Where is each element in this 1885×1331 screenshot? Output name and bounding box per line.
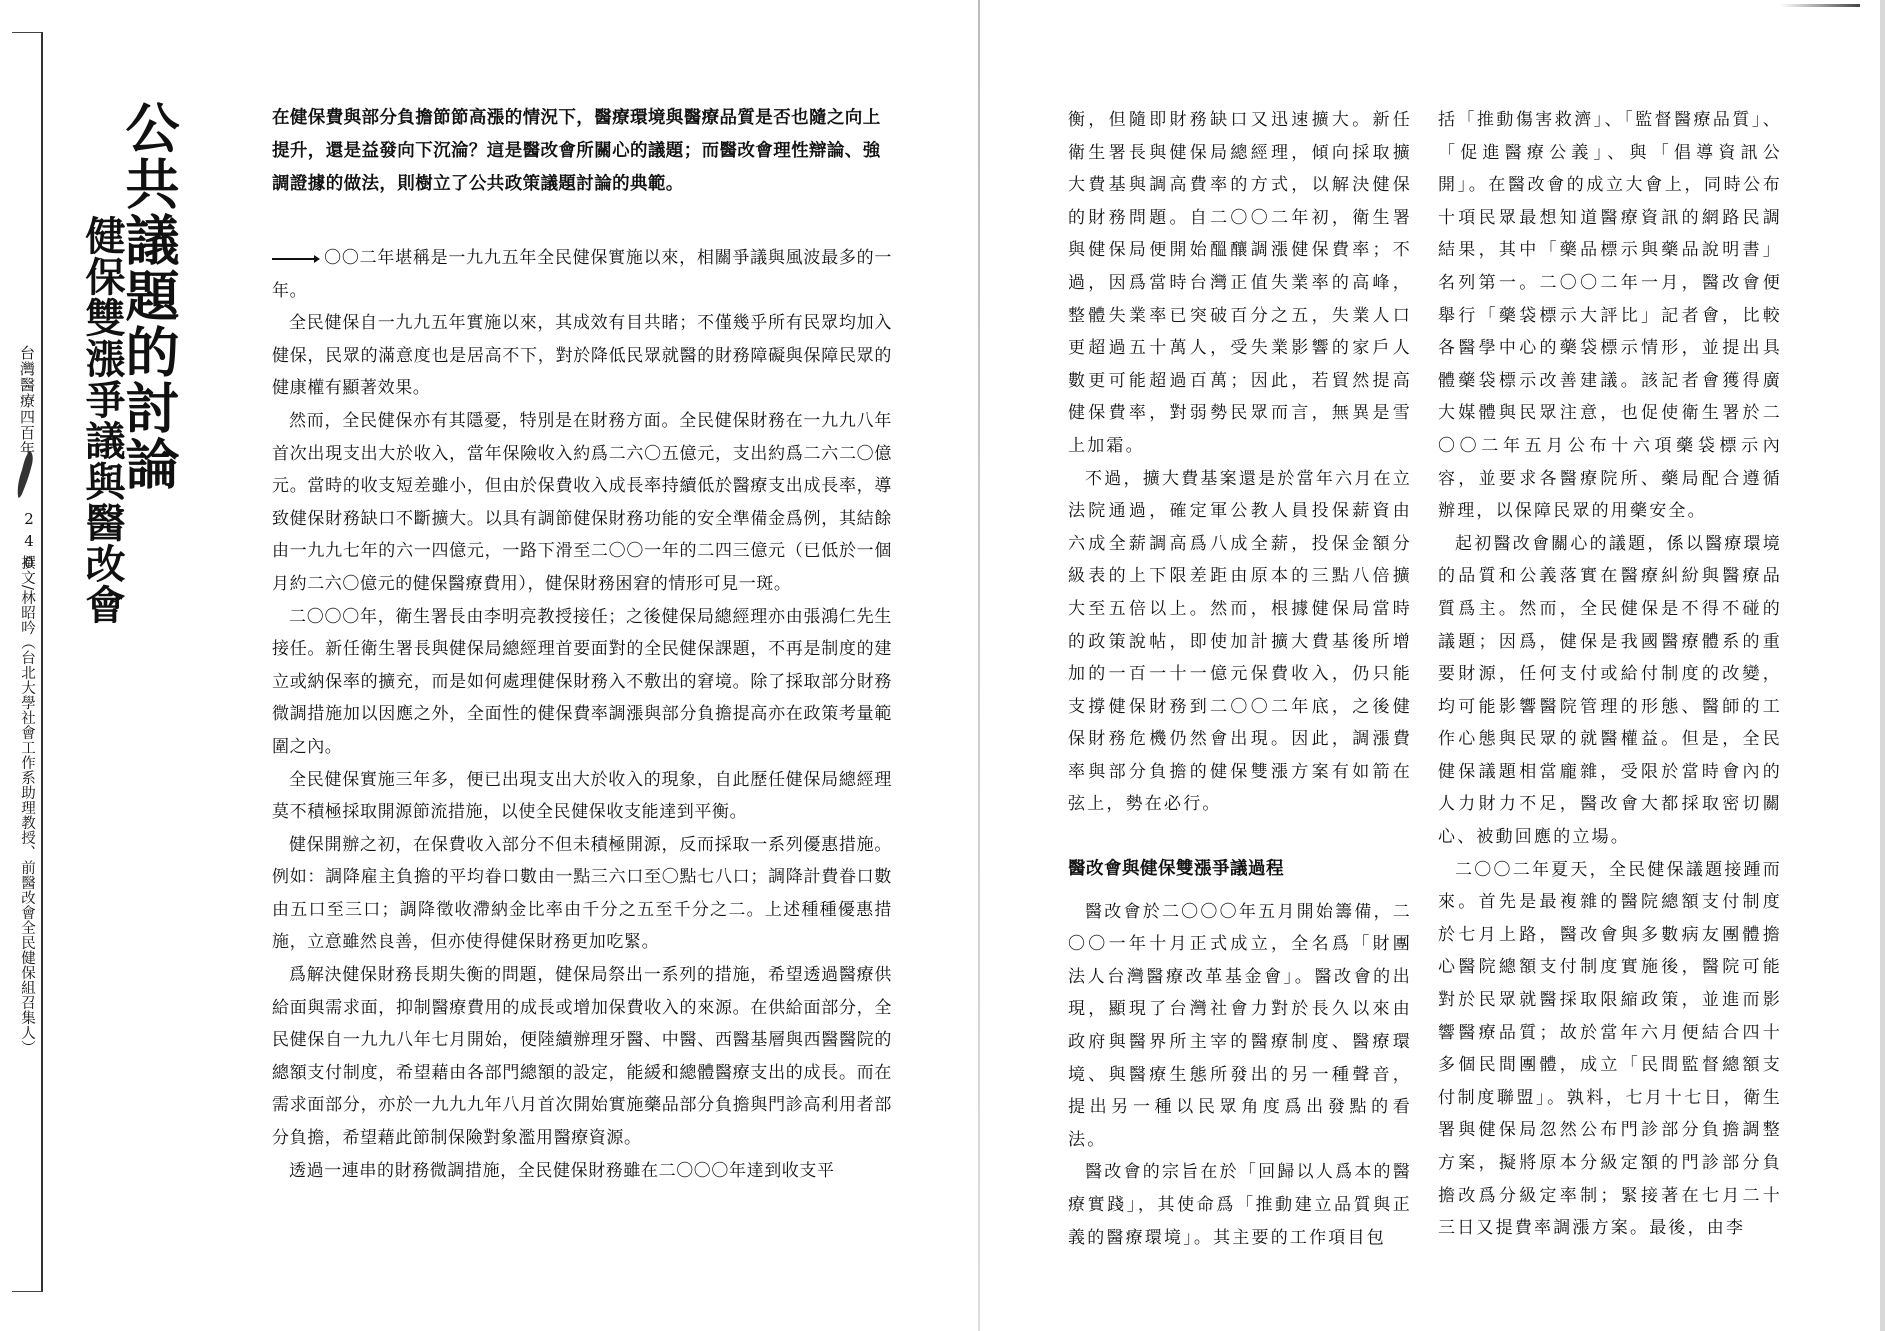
running-head: 台灣醫療四百年 [18,345,36,457]
scan-right-edge [1880,0,1885,1331]
body-paragraph: 起初醫改會關心的議題，係以醫療環境的品質和公義落實在醫療糾紛與醫療品質爲主。然而… [1438,528,1782,854]
right-column-a: 衡，但隨即財務缺口又迅速擴大。新任衛生署長與健保局總經理，傾向採取擴大費基與調高… [1068,104,1412,1254]
dropcap-rule-icon [272,258,318,260]
margin-rule-bottom [12,1291,42,1292]
body-paragraph: 然而，全民健保亦有其隱憂，特別是在財務方面。全民健保財務在一九九八年首次出現支出… [272,405,892,601]
page-gutter [978,0,980,1331]
body-paragraph: 全民健保實施三年多，便已出現支出大於收入的現象，自此歷任健保局總經理莫不積極採取… [272,764,892,829]
lead-paragraph: 在健保費與部分負擔節節高漲的情況下，醫療環境與醫療品質是否也隨之向上提升，還是益… [272,102,892,201]
article-subtitle: 健保雙漲爭議與醫改會 [80,215,124,625]
taiwan-island-icon [16,450,36,500]
body-paragraph: 衡，但隨即財務缺口又迅速擴大。新任衛生署長與健保局總經理，傾向採取擴大費基與調高… [1068,104,1412,463]
scan-corner-mark [1780,4,1860,7]
body-paragraph: 全民健保自一九九五年實施以來，其成效有目共睹；不僅幾乎所有民眾均加入健保，民眾的… [272,307,892,405]
body-paragraph: 爲解決健保財務長期失衡的問題，健保局祭出一系列的措施，希望透過醫療供給面與需求面… [272,959,892,1155]
right-column-b: 括「推動傷害救濟」、「監督醫療品質」、「促進醫療公義」、與「倡導資訊公開」。在醫… [1438,104,1782,1245]
margin-rule-vertical [41,32,43,1292]
body-paragraph: 括「推動傷害救濟」、「監督醫療品質」、「促進醫療公義」、與「倡導資訊公開」。在醫… [1438,104,1782,528]
body-paragraph: 不過，擴大費基案還是於當年六月在立法院通過，確定軍公教人員投保薪資由六成全薪調高… [1068,463,1412,822]
opening-paragraph: 〇〇二年堪稱是一九九五年全民健保實施以來，相關爭議與風波最多的一年。 [272,242,892,307]
section-heading: 醫改會與健保雙漲爭議過程 [1068,853,1412,886]
article-title: 公共議題的討論 [118,100,178,492]
margin-rule-top [12,32,42,33]
body-paragraph: 醫改會於二〇〇〇年五月開始籌備，二〇〇一年十月正式成立，全名爲「財團法人台灣醫療… [1068,896,1412,1157]
body-paragraph: 醫改會的宗旨在於「回歸以人爲本的醫療實踐」，其使命爲「推動建立品質與正義的醫療環… [1068,1156,1412,1254]
author-credit: 撰文/林昭吟（台北大學社會工作系助理教授、前醫改會全民健保組召集人） [18,555,36,1055]
book-spread: 台灣醫療四百年 240 撰文/林昭吟（台北大學社會工作系助理教授、前醫改會全民健… [0,0,1885,1331]
body-paragraph: 健保開辦之初，在保費收入部分不但未積極開源，反而採取一系列優惠措施。例如：調降雇… [272,829,892,959]
body-paragraph: 二〇〇〇年，衛生署長由李明亮教授接任；之後健保局總經理亦由張鴻仁先生接任。新任衛… [272,601,892,764]
body-paragraph: 透過一連串的財務微調措施，全民健保財務雖在二〇〇〇年達到收支平 [272,1155,892,1188]
body-paragraph: 二〇〇二年夏天，全民健保議題接踵而來。首先是最複雜的醫院總額支付制度於七月上路，… [1438,854,1782,1245]
left-body-text: 〇〇二年堪稱是一九九五年全民健保實施以來，相關爭議與風波最多的一年。 全民健保自… [272,242,892,1187]
